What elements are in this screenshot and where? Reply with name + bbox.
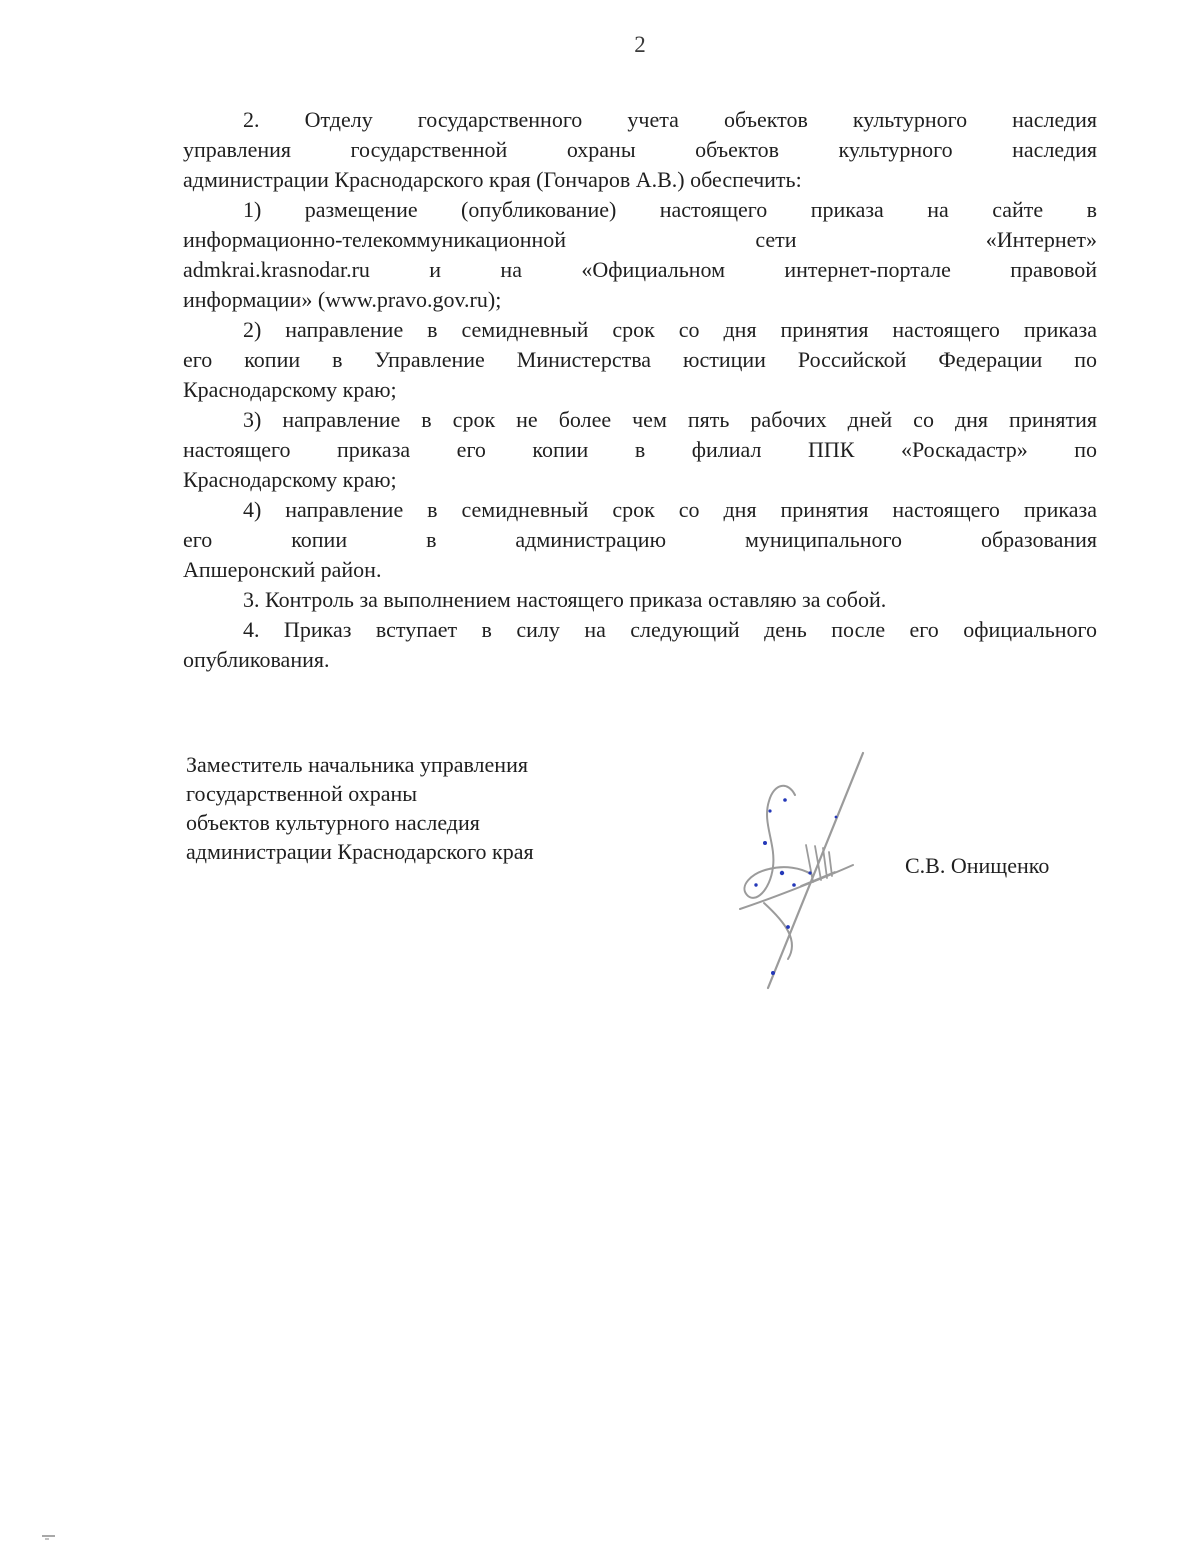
text-line: опубликования. bbox=[183, 645, 1097, 675]
text-line: 4) направление в семидневный срок со дня… bbox=[183, 495, 1097, 525]
text-line: Краснодарскому краю; bbox=[183, 465, 1097, 495]
text-line: информации» (www.pravo.gov.ru); bbox=[183, 285, 1097, 315]
text-line: 1) размещение (опубликование) настоящего… bbox=[183, 195, 1097, 225]
subitem-2-justice-ministry: 2) направление в семидневный срок со дня… bbox=[183, 315, 1097, 405]
signature-icon bbox=[726, 745, 880, 991]
subitem-3-roskadastr: 3) направление в срок не более чем пять … bbox=[183, 405, 1097, 495]
signer-position-line: администрации Краснодарского края bbox=[186, 837, 656, 866]
item-3-control: 3. Контроль за выполнением настоящего пр… bbox=[183, 585, 1097, 615]
text-line: Краснодарскому краю; bbox=[183, 375, 1097, 405]
text-line: 2) направление в семидневный срок со дня… bbox=[183, 315, 1097, 345]
page-number: 2 bbox=[183, 32, 1097, 58]
text-line: 3) направление в срок не более чем пять … bbox=[183, 405, 1097, 435]
text-line: администрации Краснодарского края (Гонча… bbox=[183, 165, 1097, 195]
item-4-effective-date: 4. Приказ вступает в силу на следующий д… bbox=[183, 615, 1097, 675]
text-line: 3. Контроль за выполнением настоящего пр… bbox=[183, 585, 1097, 615]
document-page: 2 2. Отделу государственного учета объек… bbox=[0, 0, 1200, 1553]
signer-position-line: Заместитель начальника управления bbox=[186, 750, 656, 779]
signer-name: С.В. Онищенко bbox=[905, 853, 1049, 879]
signer-position-line: государственной охраны bbox=[186, 779, 656, 808]
document-body: 2. Отделу государственного учета объекто… bbox=[183, 105, 1097, 675]
scan-artifact-tick-icon bbox=[45, 1538, 49, 1540]
text-line: admkrai.krasnodar.ru и на «Официальном и… bbox=[183, 255, 1097, 285]
signer-position-line: объектов культурного наследия bbox=[186, 808, 656, 837]
text-line: 4. Приказ вступает в силу на следующий д… bbox=[183, 615, 1097, 645]
signer-position-title: Заместитель начальника управлениягосудар… bbox=[186, 750, 656, 866]
text-line: 2. Отделу государственного учета объекто… bbox=[183, 105, 1097, 135]
subitem-4-municipality: 4) направление в семидневный срок со дня… bbox=[183, 495, 1097, 585]
text-line: его копии в Управление Министерства юсти… bbox=[183, 345, 1097, 375]
scan-artifact-dash-icon bbox=[42, 1535, 55, 1537]
text-line: Апшеронский район. bbox=[183, 555, 1097, 585]
item-2-intro: 2. Отделу государственного учета объекто… bbox=[183, 105, 1097, 195]
subitem-1-publication: 1) размещение (опубликование) настоящего… bbox=[183, 195, 1097, 315]
text-line: управления государственной охраны объект… bbox=[183, 135, 1097, 165]
text-line: его копии в администрацию муниципального… bbox=[183, 525, 1097, 555]
text-line: настоящего приказа его копии в филиал ПП… bbox=[183, 435, 1097, 465]
text-line: информационно-телекоммуникационной сети … bbox=[183, 225, 1097, 255]
